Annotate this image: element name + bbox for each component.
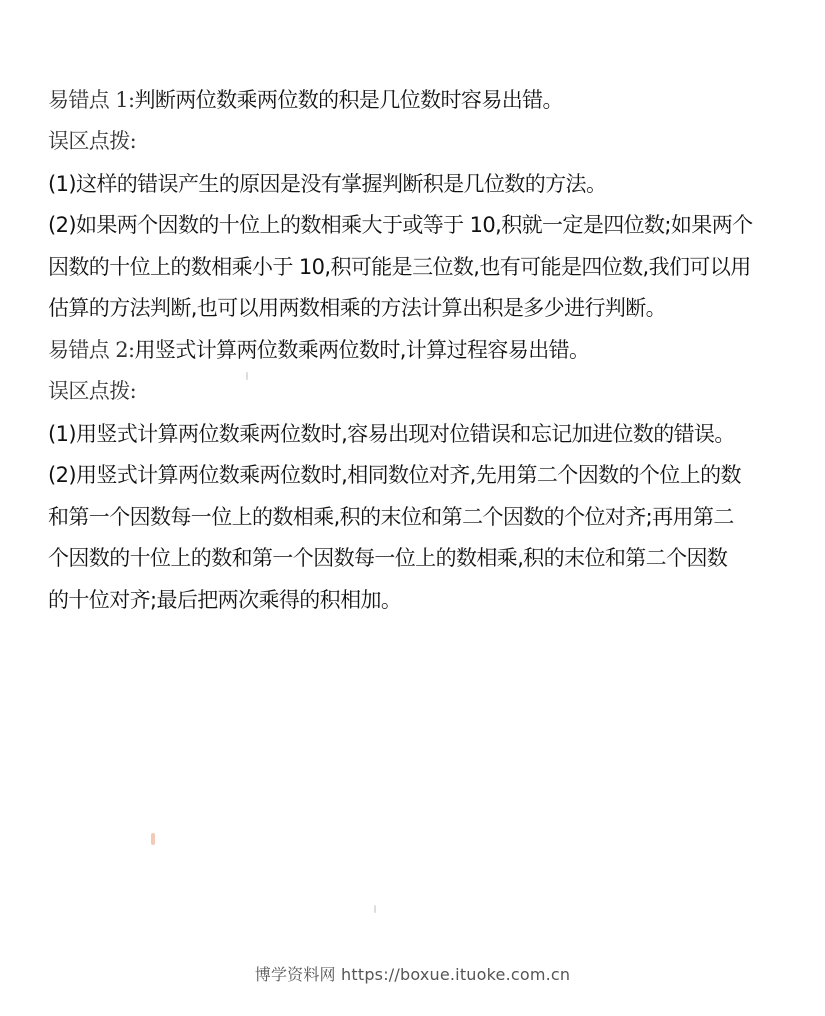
error-point-2-title: 用竖式计算两位数乘两位数时,计算过程容易出错。	[135, 338, 590, 362]
point-1-item-2-line-3: 估算的方法判断,也可以用两数相乘的方法计算出积是多少进行判断。	[48, 294, 666, 322]
error-point-1-heading: 易错点 1:判断两位数乘两位数的积是几位数时容易出错。	[48, 86, 563, 114]
error-point-1-label: 易错点 1:	[48, 88, 135, 112]
point-1-item-2-line-1: (2)如果两个因数的十位上的数相乘大于或等于 10,积就一定是四位数;如果两个	[48, 211, 753, 239]
scan-artifact	[246, 372, 248, 380]
point-1-item-1-line-1: (1)这样的错误产生的原因是没有掌握判断积是几位数的方法。	[48, 170, 606, 198]
error-point-1-title: 判断两位数乘两位数的积是几位数时容易出错。	[135, 88, 563, 112]
point-2-item-2-line-4: 的十位对齐;最后把两次乘得的积相加。	[48, 586, 401, 614]
scan-artifact	[374, 905, 376, 913]
point-2-item-2-line-3: 个因数的十位上的数和第一个因数每一位上的数相乘,积的末位和第二个因数	[48, 544, 727, 572]
tip-label-2: 误区点拨:	[48, 377, 136, 405]
point-2-item-2-line-1: (2)用竖式计算两位数乘两位数时,相同数位对齐,先用第二个因数的个位上的数	[48, 461, 741, 489]
tip-label-1: 误区点拨:	[48, 127, 136, 155]
point-2-item-1-line-1: (1)用竖式计算两位数乘两位数时,容易出现对位错误和忘记加进位数的错误。	[48, 420, 735, 448]
point-2-item-2-line-2: 和第一个因数每一位上的数相乘,积的末位和第二个因数的个位对齐;再用第二	[48, 503, 734, 531]
error-point-2-label: 易错点 2:	[48, 338, 135, 362]
watermark-footer: 博学资料网 https://boxue.ituoke.com.cn	[0, 962, 825, 985]
point-1-item-2-line-2: 因数的十位上的数相乘小于 10,积可能是三位数,也有可能是四位数,我们可以用	[48, 253, 751, 281]
document-page: 易错点 1:判断两位数乘两位数的积是几位数时容易出错。 误区点拨: (1)这样的…	[0, 0, 825, 1016]
scan-artifact	[151, 833, 155, 845]
error-point-2-heading: 易错点 2:用竖式计算两位数乘两位数时,计算过程容易出错。	[48, 336, 589, 364]
